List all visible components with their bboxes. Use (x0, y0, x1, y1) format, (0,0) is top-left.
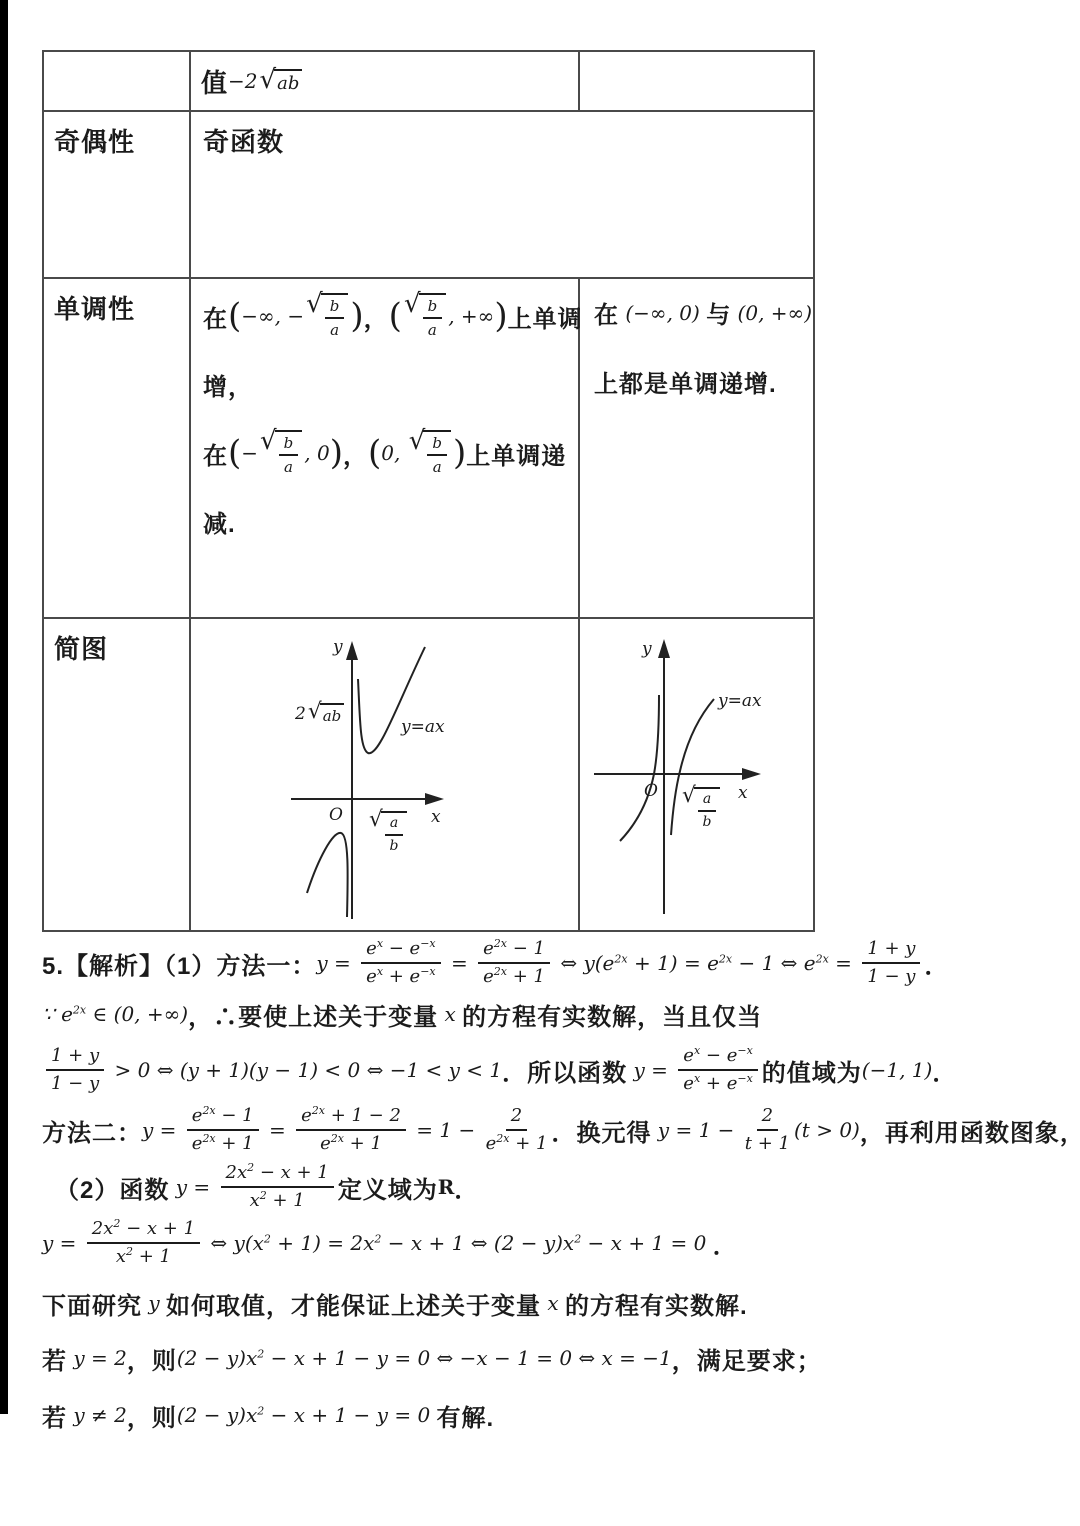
fraction: 2e2x + 1 (486, 1105, 548, 1154)
fraction: ba (279, 434, 299, 476)
fraction: ba (325, 297, 345, 339)
monotonicity-col3: 在 (−∞, 0) 与 (0, +∞) 上都是单调递增. (580, 279, 815, 619)
fraction: 2t + 1 (745, 1105, 790, 1154)
radical-fraction: ba (409, 430, 451, 476)
graph1-curve-label: y=ax (401, 717, 445, 737)
graph1-x-axis-label: x (431, 807, 441, 827)
graph-y-ax-plus-b-over-x: y 2ab y=ax O ab x (191, 619, 578, 930)
solution-line-9: 若 y ≠ 2，则(2 − y)x2 − x + 1 − y = 0 有解. (42, 1380, 494, 1450)
graph-monotone-increasing: y y=ax O ab x (580, 619, 813, 930)
value-row-content-cell: 值−2ab (191, 52, 580, 112)
radical-fraction: ab (369, 811, 407, 855)
value-row-label-cell (44, 52, 191, 112)
graph2-curve-label: y=ax (718, 691, 762, 711)
document-page: 值−2ab 奇偶性 奇函数 单调性 在(−∞, −ba)，(ba, +∞)上单调… (0, 0, 1080, 1526)
left-edge-scan-bar (0, 0, 8, 1414)
graph2-x-axis-label: x (738, 783, 748, 803)
fraction: ab (385, 815, 403, 855)
monotonicity-row-label: 单调性 (44, 279, 191, 619)
sketch-row-label: 简图 (44, 619, 191, 932)
radical: ab (308, 703, 344, 725)
monotonicity-col3-line1: 在 (−∞, 0) 与 (0, +∞) (594, 295, 809, 330)
graph2-y-arrow (658, 639, 670, 658)
monotonicity-col3-line2: 上都是单调递增. (594, 364, 809, 399)
radical: ab (260, 69, 303, 94)
radical-fraction: ba (404, 293, 446, 339)
fraction: e2x − 1e2x + 1 (187, 1105, 259, 1154)
graph2-x-arrow (742, 768, 761, 780)
radical-fraction: ba (260, 430, 302, 476)
fraction: e2x + 1 − 2e2x + 1 (296, 1105, 406, 1154)
radical-fraction: ba (306, 293, 348, 339)
fraction: ab (698, 791, 716, 831)
fraction: 1 + y1 − y (862, 938, 920, 987)
graph1-canvas (191, 619, 578, 930)
graph1-upper-branch (358, 647, 425, 753)
graph1-min-value-label: 2ab (295, 703, 346, 725)
graph1-y-axis-label: y (333, 637, 343, 657)
fraction: ba (423, 297, 443, 339)
radical-fraction: ab (682, 787, 720, 831)
graph1-origin-label: O (329, 805, 343, 825)
graph2-y-axis-label: y (642, 639, 652, 659)
monotonicity-col2-line3: 在(−ba, 0)，(0, ba)上单调递 (203, 430, 574, 476)
fraction: 1 + y1 − y (46, 1045, 104, 1094)
graph1-lower-branch (307, 833, 348, 917)
graph2-x-mark-label: ab (680, 787, 722, 831)
fraction: 2x2 − x + 1x2 + 1 (87, 1218, 200, 1267)
fraction: 2x2 − x + 1x2 + 1 (221, 1162, 334, 1211)
graph1-y-arrow (346, 641, 358, 660)
monotonicity-col2: 在(−∞, −ba)，(ba, +∞)上单调递 增， 在(−ba, 0)，(0,… (191, 279, 580, 619)
graph1-x-mark-label: ab (367, 811, 409, 855)
sketch-graph-right-cell: y y=ax O ab x (580, 619, 815, 932)
parity-row-content: 奇函数 (191, 112, 815, 279)
value-row-right-cell (580, 52, 815, 112)
monotonicity-col2-line1: 在(−∞, −ba)，(ba, +∞)上单调递 (203, 293, 574, 339)
parity-row-label: 奇偶性 (44, 112, 191, 279)
fraction: ba (427, 434, 447, 476)
fraction: ex − e−xex + e−x (678, 1045, 757, 1094)
monotonicity-col2-line2: 增， (203, 367, 574, 402)
graph2-canvas (580, 619, 813, 930)
function-properties-table: 值−2ab 奇偶性 奇函数 单调性 在(−∞, −ba)，(ba, +∞)上单调… (42, 50, 815, 932)
graph2-origin-label: O (644, 781, 658, 801)
graph1-x-arrow (425, 793, 444, 805)
monotonicity-col2-line4: 减. (203, 504, 574, 539)
sketch-graph-left-cell: y 2ab y=ax O ab x (191, 619, 580, 932)
graph2-left-branch (620, 695, 659, 841)
